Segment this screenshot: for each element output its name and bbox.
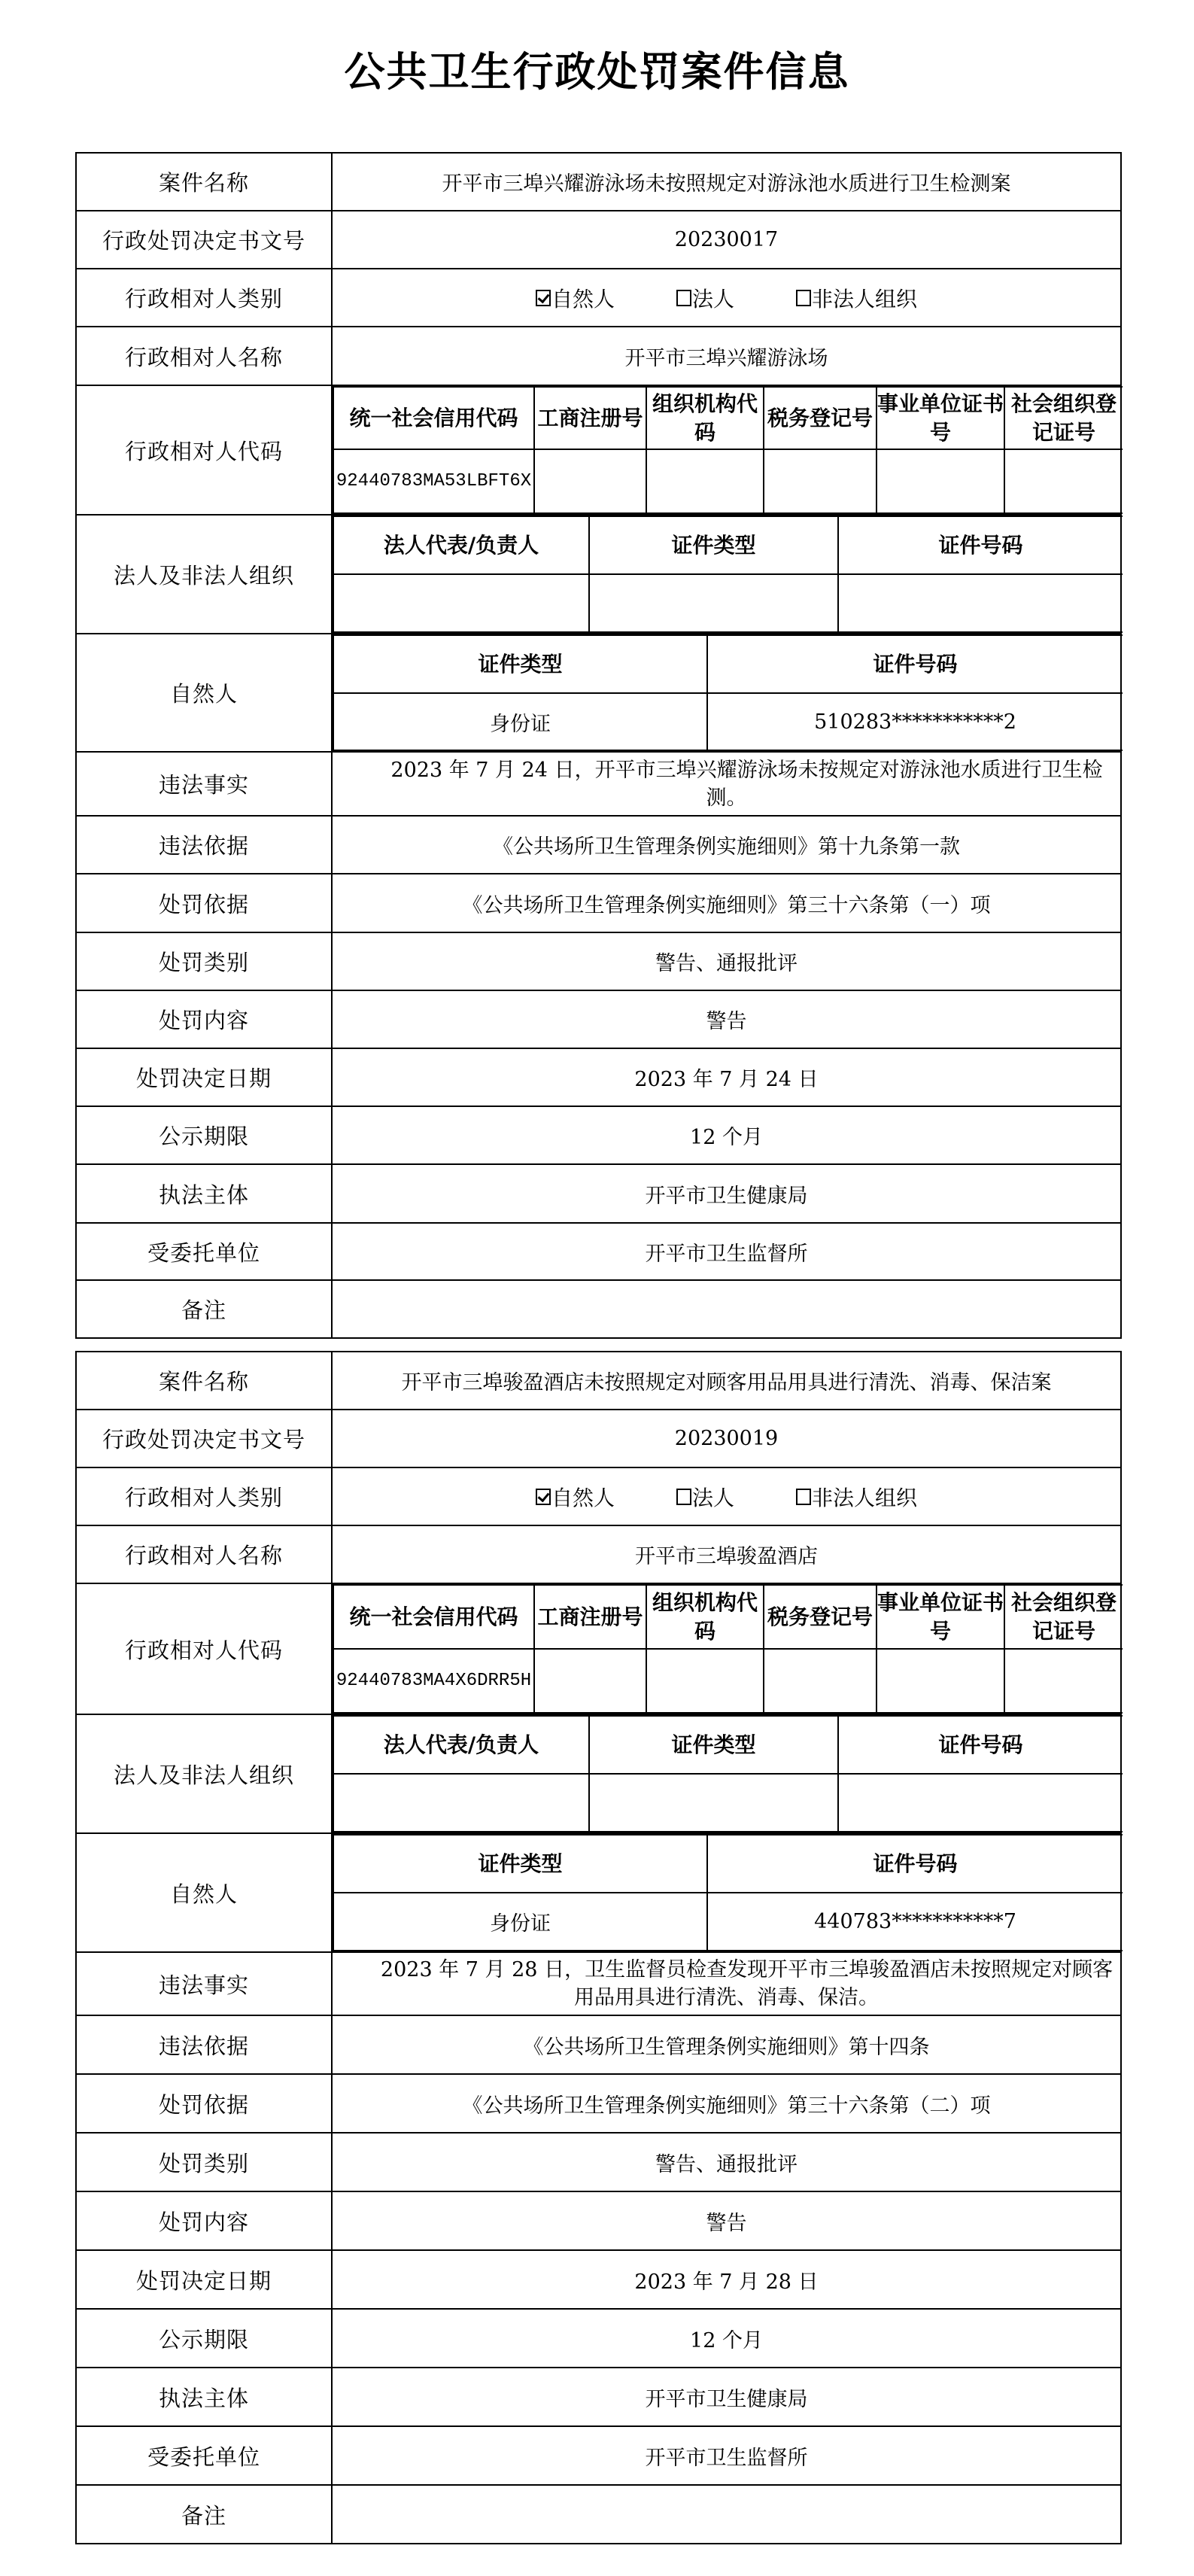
checkbox-label: 自然人 xyxy=(551,283,615,313)
value-remarks xyxy=(332,2485,1121,2544)
checkbox-non-legal-org[interactable]: 非法人组织 xyxy=(796,1482,917,1512)
value-id-number: 510283***********2 xyxy=(707,693,1123,750)
party-type-checkboxes: 自然人 法人 非法人组织 xyxy=(536,1482,917,1512)
label-party-code: 行政相对人代码 xyxy=(76,385,332,515)
label-legal-org: 法人及非法人组织 xyxy=(76,515,332,634)
row-publicity-period: 公示期限 12 个月 xyxy=(76,1106,1121,1164)
label-penalty-content: 处罚内容 xyxy=(76,2191,332,2250)
unchecked-box-icon xyxy=(676,290,691,306)
row-decision-no: 行政处罚决定书文号 20230019 xyxy=(76,1410,1121,1467)
row-natural-person: 自然人 证件类型 证件号码 身份证 510283***********2 xyxy=(76,634,1121,752)
value-entrusted-unit: 开平市卫生监督所 xyxy=(332,2426,1121,2485)
label-case-name: 案件名称 xyxy=(76,153,332,211)
header-institution-cert-no: 事业单位证书号 xyxy=(877,387,1004,449)
checkbox-legal-person[interactable]: 法人 xyxy=(676,1482,734,1512)
label-decision-no: 行政处罚决定书文号 xyxy=(76,211,332,269)
checkbox-natural-person[interactable]: 自然人 xyxy=(536,1482,615,1512)
value-tax-reg-no xyxy=(764,449,877,513)
value-party-type: 自然人 法人 非法人组织 xyxy=(332,269,1121,327)
header-legal-rep: 法人代表/负责人 xyxy=(333,1716,589,1774)
checkbox-legal-person[interactable]: 法人 xyxy=(676,283,734,313)
row-publicity-period: 公示期限 12 个月 xyxy=(76,2309,1121,2368)
value-enforcement-body: 开平市卫生健康局 xyxy=(332,2368,1121,2426)
value-enforcement-body: 开平市卫生健康局 xyxy=(332,1164,1121,1223)
label-case-name: 案件名称 xyxy=(76,1352,332,1410)
value-party-name: 开平市三埠骏盈酒店 xyxy=(332,1525,1121,1583)
value-remarks xyxy=(332,1280,1121,1338)
label-party-name: 行政相对人名称 xyxy=(76,1525,332,1583)
row-violation-basis: 违法依据 《公共场所卫生管理条例实施细则》第十九条第一款 xyxy=(76,816,1121,874)
label-entrusted-unit: 受委托单位 xyxy=(76,1223,332,1280)
row-remarks: 备注 xyxy=(76,1280,1121,1338)
label-natural-person: 自然人 xyxy=(76,634,332,752)
checkbox-label: 非法人组织 xyxy=(812,1482,917,1512)
label-violation-basis: 违法依据 xyxy=(76,816,332,874)
value-legal-rep xyxy=(333,574,589,632)
checkbox-label: 自然人 xyxy=(551,1482,615,1512)
label-decision-date: 处罚决定日期 xyxy=(76,1048,332,1106)
header-social-org-reg-no: 社会组织登记证号 xyxy=(1004,1585,1123,1649)
value-id-number xyxy=(838,574,1123,632)
label-entrusted-unit: 受委托单位 xyxy=(76,2426,332,2485)
case-table-1: 案件名称 开平市三埠兴耀游泳场未按照规定对游泳池水质进行卫生检测案 行政处罚决定… xyxy=(75,152,1120,1339)
value-id-type xyxy=(589,1774,838,1832)
header-credit-code: 统一社会信用代码 xyxy=(333,387,534,449)
value-tax-reg-no xyxy=(764,1649,877,1713)
header-legal-rep: 法人代表/负责人 xyxy=(333,516,589,574)
value-party-type: 自然人 法人 非法人组织 xyxy=(332,1467,1121,1525)
value-party-name: 开平市三埠兴耀游泳场 xyxy=(332,327,1121,385)
header-id-type: 证件类型 xyxy=(589,1716,838,1774)
party-type-checkboxes: 自然人 法人 非法人组织 xyxy=(536,283,917,313)
legal-org-subtable-cell: 法人代表/负责人 证件类型 证件号码 xyxy=(332,1714,1121,1833)
row-penalty-category: 处罚类别 警告、通报批评 xyxy=(76,2133,1121,2191)
value-business-reg-no xyxy=(534,1649,646,1713)
value-institution-cert-no xyxy=(877,1649,1004,1713)
value-id-number: 440783***********7 xyxy=(707,1893,1123,1951)
natural-person-subtable: 证件类型 证件号码 身份证 510283***********2 xyxy=(333,634,1123,751)
value-id-type: 身份证 xyxy=(333,1893,707,1951)
label-publicity-period: 公示期限 xyxy=(76,2309,332,2368)
legal-org-subtable-cell: 法人代表/负责人 证件类型 证件号码 xyxy=(332,515,1121,634)
row-remarks: 备注 xyxy=(76,2485,1121,2544)
unchecked-box-icon xyxy=(676,1489,691,1505)
row-violation-basis: 违法依据 《公共场所卫生管理条例实施细则》第十四条 xyxy=(76,2015,1121,2074)
unchecked-box-icon xyxy=(796,1489,811,1505)
label-legal-org: 法人及非法人组织 xyxy=(76,1714,332,1833)
value-social-org-reg-no xyxy=(1004,1649,1123,1713)
row-party-code: 行政相对人代码 统一社会信用代码 工商注册号 组织机构代码 税务登记号 事业单位… xyxy=(76,385,1121,515)
label-decision-date: 处罚决定日期 xyxy=(76,2250,332,2309)
value-credit-code: 92440783MA4X6DRR5H xyxy=(333,1649,534,1713)
row-party-name: 行政相对人名称 开平市三埠兴耀游泳场 xyxy=(76,327,1121,385)
header-id-number: 证件号码 xyxy=(707,1835,1123,1893)
value-decision-date: 2023 年 7 月 28 日 xyxy=(332,2250,1121,2309)
party-code-subtable: 统一社会信用代码 工商注册号 组织机构代码 税务登记号 事业单位证书号 社会组织… xyxy=(333,386,1123,514)
value-decision-date: 2023 年 7 月 24 日 xyxy=(332,1048,1121,1106)
label-penalty-category: 处罚类别 xyxy=(76,2133,332,2191)
value-penalty-category: 警告、通报批评 xyxy=(332,2133,1121,2191)
row-decision-no: 行政处罚决定书文号 20230017 xyxy=(76,211,1121,269)
label-party-code: 行政相对人代码 xyxy=(76,1583,332,1714)
value-social-org-reg-no xyxy=(1004,449,1123,513)
value-violation-facts: 2023 年 7 月 28 日，卫生监督员检查发现开平市三埠骏盈酒店未按照规定对… xyxy=(332,1952,1121,2015)
label-publicity-period: 公示期限 xyxy=(76,1106,332,1164)
party-code-subtable-cell: 统一社会信用代码 工商注册号 组织机构代码 税务登记号 事业单位证书号 社会组织… xyxy=(332,1583,1121,1714)
row-enforcement-body: 执法主体 开平市卫生健康局 xyxy=(76,2368,1121,2426)
row-case-name: 案件名称 开平市三埠骏盈酒店未按照规定对顾客用品用具进行清洗、消毒、保洁案 xyxy=(76,1352,1121,1410)
party-code-subtable: 统一社会信用代码 工商注册号 组织机构代码 税务登记号 事业单位证书号 社会组织… xyxy=(333,1584,1123,1714)
value-credit-code: 92440783MA53LBFT6X xyxy=(333,449,534,513)
value-decision-no: 20230017 xyxy=(332,211,1121,269)
header-id-type: 证件类型 xyxy=(333,1835,707,1893)
row-penalty-basis: 处罚依据 《公共场所卫生管理条例实施细则》第三十六条第（二）项 xyxy=(76,2074,1121,2133)
label-penalty-basis: 处罚依据 xyxy=(76,2074,332,2133)
header-id-type: 证件类型 xyxy=(333,635,707,693)
value-org-code xyxy=(646,1649,764,1713)
row-penalty-content: 处罚内容 警告 xyxy=(76,990,1121,1048)
row-entrusted-unit: 受委托单位 开平市卫生监督所 xyxy=(76,2426,1121,2485)
header-tax-reg-no: 税务登记号 xyxy=(764,1585,877,1649)
value-case-name: 开平市三埠兴耀游泳场未按照规定对游泳池水质进行卫生检测案 xyxy=(332,153,1121,211)
unchecked-box-icon xyxy=(796,290,811,306)
legal-org-subtable: 法人代表/负责人 证件类型 证件号码 xyxy=(333,516,1123,633)
header-id-type: 证件类型 xyxy=(589,516,838,574)
value-org-code xyxy=(646,449,764,513)
row-party-type: 行政相对人类别 自然人 法人 非法人组织 xyxy=(76,269,1121,327)
row-case-name: 案件名称 开平市三埠兴耀游泳场未按照规定对游泳池水质进行卫生检测案 xyxy=(76,153,1121,211)
checkbox-label: 法人 xyxy=(692,283,734,313)
row-legal-org: 法人及非法人组织 法人代表/负责人 证件类型 证件号码 xyxy=(76,1714,1121,1833)
party-code-subtable-cell: 统一社会信用代码 工商注册号 组织机构代码 税务登记号 事业单位证书号 社会组织… xyxy=(332,385,1121,515)
header-institution-cert-no: 事业单位证书号 xyxy=(877,1585,1004,1649)
label-penalty-content: 处罚内容 xyxy=(76,990,332,1048)
label-enforcement-body: 执法主体 xyxy=(76,2368,332,2426)
checkbox-non-legal-org[interactable]: 非法人组织 xyxy=(796,283,917,313)
row-penalty-category: 处罚类别 警告、通报批评 xyxy=(76,932,1121,990)
value-penalty-basis: 《公共场所卫生管理条例实施细则》第三十六条第（二）项 xyxy=(332,2074,1121,2133)
value-penalty-basis: 《公共场所卫生管理条例实施细则》第三十六条第（一）项 xyxy=(332,874,1121,932)
label-penalty-category: 处罚类别 xyxy=(76,932,332,990)
label-penalty-basis: 处罚依据 xyxy=(76,874,332,932)
row-enforcement-body: 执法主体 开平市卫生健康局 xyxy=(76,1164,1121,1223)
label-violation-facts: 违法事实 xyxy=(76,752,332,816)
value-violation-basis: 《公共场所卫生管理条例实施细则》第十四条 xyxy=(332,2015,1121,2074)
legal-org-subtable: 法人代表/负责人 证件类型 证件号码 xyxy=(333,1715,1123,1832)
label-remarks: 备注 xyxy=(76,2485,332,2544)
row-party-name: 行政相对人名称 开平市三埠骏盈酒店 xyxy=(76,1525,1121,1583)
value-penalty-content: 警告 xyxy=(332,990,1121,1048)
header-id-number: 证件号码 xyxy=(707,635,1123,693)
header-id-number: 证件号码 xyxy=(838,1716,1123,1774)
label-enforcement-body: 执法主体 xyxy=(76,1164,332,1223)
value-id-type: 身份证 xyxy=(333,693,707,750)
row-decision-date: 处罚决定日期 2023 年 7 月 24 日 xyxy=(76,1048,1121,1106)
natural-person-subtable-cell: 证件类型 证件号码 身份证 510283***********2 xyxy=(332,634,1121,752)
row-violation-facts: 违法事实 2023 年 7 月 24 日，开平市三埠兴耀游泳场未按规定对游泳池水… xyxy=(76,752,1121,816)
case-table-2: 案件名称 开平市三埠骏盈酒店未按照规定对顾客用品用具进行清洗、消毒、保洁案 行政… xyxy=(75,1351,1120,2544)
header-business-reg-no: 工商注册号 xyxy=(534,387,646,449)
header-org-code: 组织机构代码 xyxy=(646,1585,764,1649)
label-party-name: 行政相对人名称 xyxy=(76,327,332,385)
header-tax-reg-no: 税务登记号 xyxy=(764,387,877,449)
value-entrusted-unit: 开平市卫生监督所 xyxy=(332,1223,1121,1280)
natural-person-subtable-cell: 证件类型 证件号码 身份证 440783***********7 xyxy=(332,1833,1121,1952)
row-legal-org: 法人及非法人组织 法人代表/负责人 证件类型 证件号码 xyxy=(76,515,1121,634)
header-social-org-reg-no: 社会组织登记证号 xyxy=(1004,387,1123,449)
value-id-number xyxy=(838,1774,1123,1832)
value-id-type xyxy=(589,574,838,632)
value-violation-basis: 《公共场所卫生管理条例实施细则》第十九条第一款 xyxy=(332,816,1121,874)
checkbox-natural-person[interactable]: 自然人 xyxy=(536,283,615,313)
value-business-reg-no xyxy=(534,449,646,513)
row-decision-date: 处罚决定日期 2023 年 7 月 28 日 xyxy=(76,2250,1121,2309)
natural-person-subtable: 证件类型 证件号码 身份证 440783***********7 xyxy=(333,1834,1123,1951)
value-penalty-category: 警告、通报批评 xyxy=(332,932,1121,990)
row-party-type: 行政相对人类别 自然人 法人 非法人组织 xyxy=(76,1467,1121,1525)
label-violation-facts: 违法事实 xyxy=(76,1952,332,2015)
page-title: 公共卫生行政处罚案件信息 xyxy=(0,47,1194,96)
label-party-type: 行政相对人类别 xyxy=(76,269,332,327)
row-party-code: 行政相对人代码 统一社会信用代码 工商注册号 组织机构代码 税务登记号 事业单位… xyxy=(76,1583,1121,1714)
value-penalty-content: 警告 xyxy=(332,2191,1121,2250)
header-org-code: 组织机构代码 xyxy=(646,387,764,449)
checkbox-label: 法人 xyxy=(692,1482,734,1512)
checked-box-icon xyxy=(536,1489,551,1505)
label-natural-person: 自然人 xyxy=(76,1833,332,1952)
value-violation-facts: 2023 年 7 月 24 日，开平市三埠兴耀游泳场未按规定对游泳池水质进行卫生… xyxy=(332,752,1121,816)
checkbox-label: 非法人组织 xyxy=(812,283,917,313)
label-party-type: 行政相对人类别 xyxy=(76,1467,332,1525)
label-violation-basis: 违法依据 xyxy=(76,2015,332,2074)
label-remarks: 备注 xyxy=(76,1280,332,1338)
row-entrusted-unit: 受委托单位 开平市卫生监督所 xyxy=(76,1223,1121,1280)
value-publicity-period: 12 个月 xyxy=(332,1106,1121,1164)
row-penalty-content: 处罚内容 警告 xyxy=(76,2191,1121,2250)
header-business-reg-no: 工商注册号 xyxy=(534,1585,646,1649)
checked-box-icon xyxy=(536,290,551,306)
value-case-name: 开平市三埠骏盈酒店未按照规定对顾客用品用具进行清洗、消毒、保洁案 xyxy=(332,1352,1121,1410)
header-id-number: 证件号码 xyxy=(838,516,1123,574)
row-penalty-basis: 处罚依据 《公共场所卫生管理条例实施细则》第三十六条第（一）项 xyxy=(76,874,1121,932)
row-natural-person: 自然人 证件类型 证件号码 身份证 440783***********7 xyxy=(76,1833,1121,1952)
label-decision-no: 行政处罚决定书文号 xyxy=(76,1410,332,1467)
value-institution-cert-no xyxy=(877,449,1004,513)
header-credit-code: 统一社会信用代码 xyxy=(333,1585,534,1649)
row-violation-facts: 违法事实 2023 年 7 月 28 日，卫生监督员检查发现开平市三埠骏盈酒店未… xyxy=(76,1952,1121,2015)
value-legal-rep xyxy=(333,1774,589,1832)
value-decision-no: 20230019 xyxy=(332,1410,1121,1467)
value-publicity-period: 12 个月 xyxy=(332,2309,1121,2368)
